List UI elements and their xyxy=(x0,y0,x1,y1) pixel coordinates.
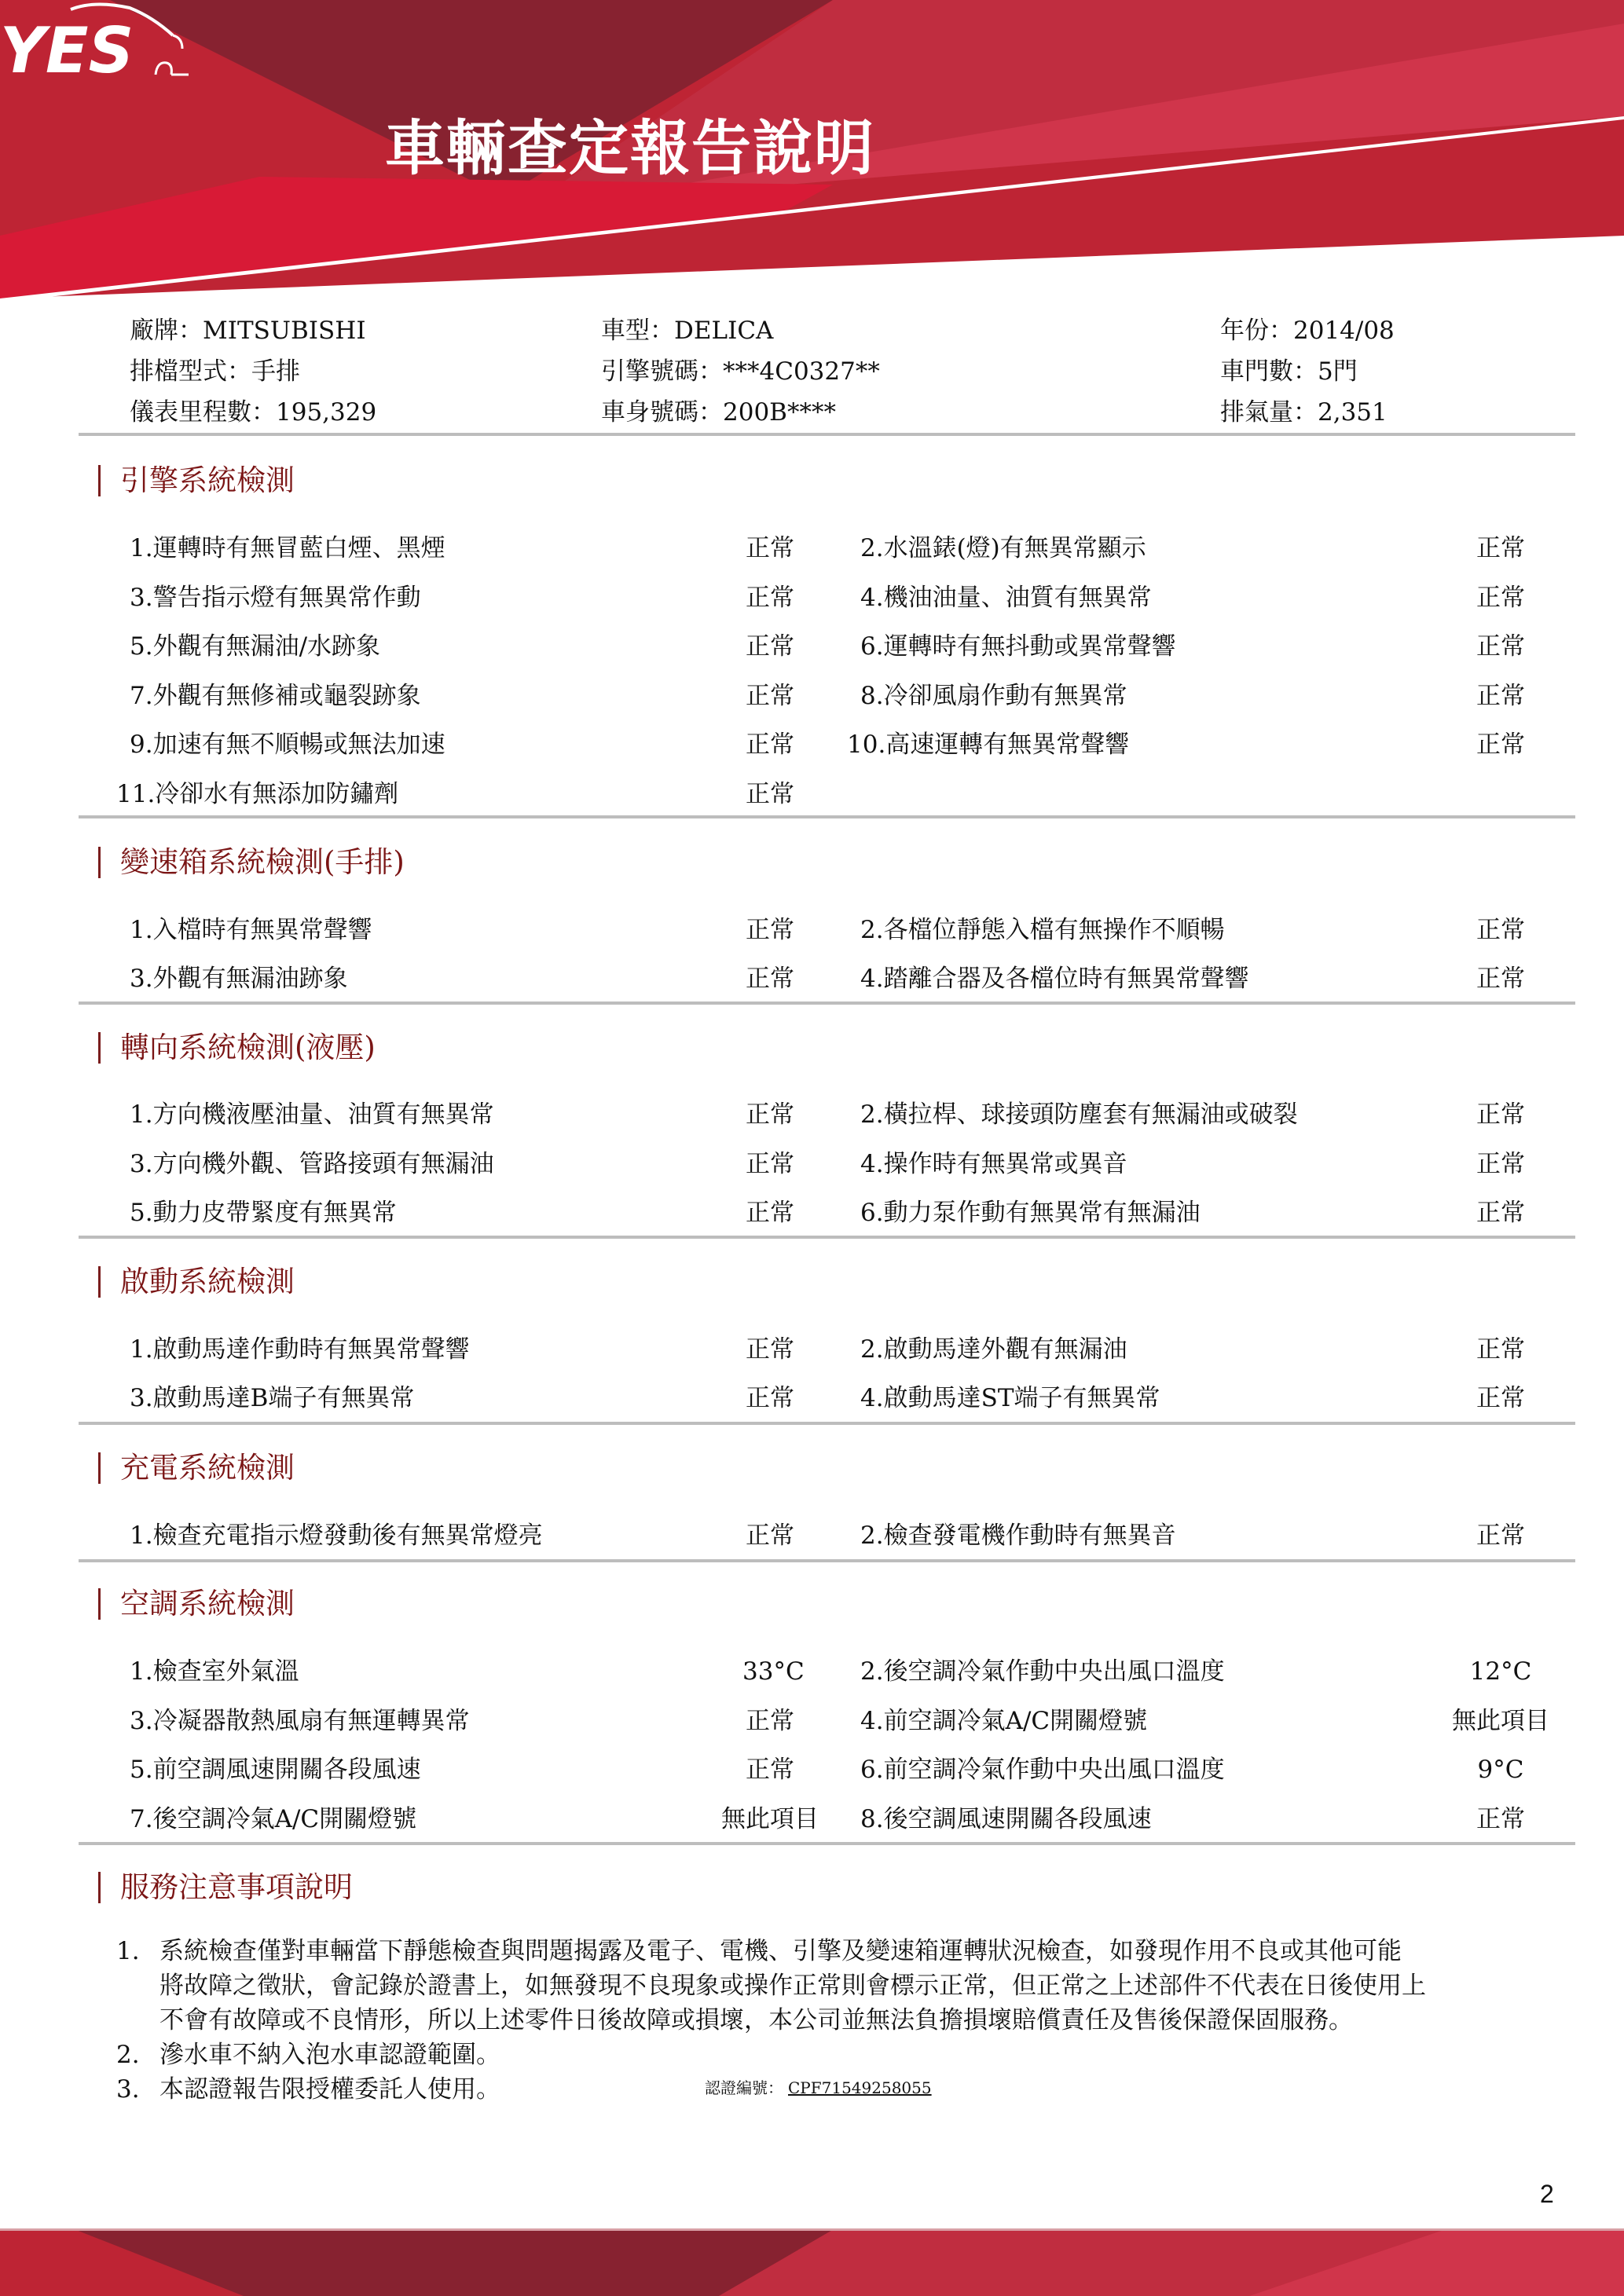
certificate-code: CPF71549258055 xyxy=(788,2078,932,2097)
check-label: 11.冷卻水有無添加防鏽劑 xyxy=(116,778,398,810)
note-number: 3. xyxy=(116,2072,140,2107)
check-label: 2.啟動馬達外觀有無漏油 xyxy=(860,1334,1127,1365)
check-result: 正常 xyxy=(1469,914,1532,946)
footer-band xyxy=(0,2228,1624,2296)
check-row: 1.方向機液壓油量、油質有無異常 正常 2.橫拉桿、球接頭防塵套有無漏油或破裂 … xyxy=(0,1099,1624,1130)
report-title: 車輛查定報告說明 xyxy=(385,101,875,186)
check-label: 1.運轉時有無冒藍白煙、黑煙 xyxy=(130,533,445,564)
check-label: 9.加速有無不順暢或無法加速 xyxy=(130,729,445,760)
note-line: 滲水車不納入泡水車認證範圍。 xyxy=(159,2038,1593,2072)
divider xyxy=(79,1559,1575,1562)
check-label: 2.橫拉桿、球接頭防塵套有無漏油或破裂 xyxy=(860,1099,1298,1130)
check-result: 正常 xyxy=(742,631,797,662)
model-field: 車型：DELICA xyxy=(601,310,773,346)
check-result: 正常 xyxy=(742,1148,797,1180)
divider xyxy=(79,1236,1575,1239)
check-row: 3.冷凝器散熱風扇有無運轉異常 正常 4.前空調冷氣A/C開關燈號 無此項目 xyxy=(0,1705,1624,1737)
note-line: 將故障之徵狀，會記錄於證書上，如無發現不良現象或操作正常則會標示正常，但正常之上… xyxy=(159,1968,1593,2003)
check-label: 5.外觀有無漏油/水跡象 xyxy=(130,631,380,662)
check-label: 1.啟動馬達作動時有無異常聲響 xyxy=(130,1334,470,1365)
mileage-field: 儀表里程數：195,329 xyxy=(130,392,376,427)
check-result: 33°C xyxy=(742,1656,797,1687)
check-row: 1.啟動馬達作動時有無異常聲響 正常 2.啟動馬達外觀有無漏油 正常 xyxy=(0,1334,1624,1365)
check-result: 正常 xyxy=(742,914,797,946)
check-result: 正常 xyxy=(742,1705,797,1737)
check-label: 2.後空調冷氣作動中央出風口溫度 xyxy=(860,1656,1225,1687)
check-row: 1.檢查室外氣溫 33°C 2.後空調冷氣作動中央出風口溫度 12°C xyxy=(0,1656,1624,1687)
check-label: 4.前空調冷氣A/C開關燈號 xyxy=(860,1705,1147,1737)
check-result: 正常 xyxy=(742,1197,797,1229)
divider xyxy=(79,1002,1575,1005)
year-field: 年份：2014/08 xyxy=(1220,310,1395,346)
displacement-field: 排氣量：2,351 xyxy=(1220,392,1388,427)
transmission-field: 排檔型式：手排 xyxy=(130,351,300,386)
brand-field: 廠牌：MITSUBISHI xyxy=(130,310,366,346)
yes-logo-icon: YES xyxy=(0,0,236,94)
check-label: 6.動力泵作動有無異常有無漏油 xyxy=(860,1197,1201,1229)
check-result: 正常 xyxy=(1469,1099,1532,1130)
check-result: 正常 xyxy=(742,778,797,810)
check-label: 2.各檔位靜態入檔有無操作不順暢 xyxy=(860,914,1225,946)
check-result: 正常 xyxy=(1469,729,1532,760)
note-line: 系統檢查僅對車輛當下靜態檢查與問題揭露及電子、電機、引擎及變速箱運轉狀況檢查，如… xyxy=(159,1934,1593,1968)
check-result: 正常 xyxy=(742,1099,797,1130)
check-label: 4.機油油量、油質有無異常 xyxy=(860,582,1152,613)
check-row: 3.方向機外觀、管路接頭有無漏油 正常 4.操作時有無異常或異音 正常 xyxy=(0,1148,1624,1180)
check-result: 正常 xyxy=(1469,1148,1532,1180)
note-number: 2. xyxy=(116,2038,140,2072)
check-result: 9°C xyxy=(1469,1754,1532,1785)
check-result: 12°C xyxy=(1469,1656,1532,1687)
check-result: 正常 xyxy=(742,729,797,760)
check-label: 1.入檔時有無異常聲響 xyxy=(130,914,372,946)
check-result: 無此項目 xyxy=(715,1803,825,1835)
check-label: 4.啟動馬達ST端子有無異常 xyxy=(860,1382,1160,1414)
svg-text:YES: YES xyxy=(0,14,134,87)
note-item: 1. 系統檢查僅對車輛當下靜態檢查與問題揭露及電子、電機、引擎及變速箱運轉狀況檢… xyxy=(116,1934,1593,2038)
check-label: 6.前空調冷氣作動中央出風口溫度 xyxy=(860,1754,1225,1785)
info-row: 儀表里程數：195,329 車身號碼：200B**** 排氣量：2,351 xyxy=(130,392,1575,433)
check-result: 正常 xyxy=(742,1334,797,1365)
check-result: 正常 xyxy=(1469,680,1532,712)
section-title-steering: 轉向系統檢測(液壓) xyxy=(98,1032,376,1064)
check-label: 3.外觀有無漏油跡象 xyxy=(130,963,348,994)
check-label: 4.踏離合器及各檔位時有無異常聲響 xyxy=(860,963,1249,994)
check-result: 正常 xyxy=(1469,533,1532,564)
check-row: 7.外觀有無修補或龜裂跡象 正常 8.冷卻風扇作動有無異常 正常 xyxy=(0,680,1624,712)
check-result: 正常 xyxy=(742,963,797,994)
certificate-label: 認證編號： xyxy=(705,2078,783,2097)
header-banner: YES 車輛查定報告說明 xyxy=(0,0,1624,298)
check-row: 3.外觀有無漏油跡象 正常 4.踏離合器及各檔位時有無異常聲響 正常 xyxy=(0,963,1624,994)
note-item: 2. 滲水車不納入泡水車認證範圍。 xyxy=(116,2038,1593,2072)
check-result: 正常 xyxy=(1469,1803,1532,1835)
info-row: 廠牌：MITSUBISHI 車型：DELICA 年份：2014/08 xyxy=(130,310,1575,351)
check-label: 8.後空調風速開關各段風速 xyxy=(860,1803,1152,1835)
check-row: 5.前空調風速開關各段風速 正常 6.前空調冷氣作動中央出風口溫度 9°C xyxy=(0,1754,1624,1785)
check-row: 1.運轉時有無冒藍白煙、黑煙 正常 2.水溫錶(燈)有無異常顯示 正常 xyxy=(0,533,1624,564)
section-title-notes: 服務注意事項說明 xyxy=(98,1872,353,1903)
check-label: 8.冷卻風扇作動有無異常 xyxy=(860,680,1127,712)
check-result: 正常 xyxy=(742,1382,797,1414)
divider xyxy=(79,1842,1575,1845)
check-label: 5.動力皮帶緊度有無異常 xyxy=(130,1197,397,1229)
check-row: 7.後空調冷氣A/C開關燈號 無此項目 8.後空調風速開關各段風速 正常 xyxy=(0,1803,1624,1835)
check-result: 正常 xyxy=(1469,1334,1532,1365)
check-label: 1.檢查充電指示燈發動後有無異常燈亮 xyxy=(130,1520,543,1551)
check-row: 5.外觀有無漏油/水跡象 正常 6.運轉時有無抖動或異常聲響 正常 xyxy=(0,631,1624,662)
check-label: 5.前空調風速開關各段風速 xyxy=(130,1754,421,1785)
check-result: 正常 xyxy=(742,1520,797,1551)
check-label: 3.警告指示燈有無異常作動 xyxy=(130,582,421,613)
section-title-engine: 引擎系統檢測 xyxy=(98,465,295,496)
check-label: 10.高速運轉有無異常聲響 xyxy=(847,729,1129,760)
divider xyxy=(79,1422,1575,1425)
divider xyxy=(79,433,1575,436)
check-result: 正常 xyxy=(742,680,797,712)
vehicle-info: 廠牌：MITSUBISHI 車型：DELICA 年份：2014/08 排檔型式：… xyxy=(130,310,1575,433)
section-title-charging: 充電系統檢測 xyxy=(98,1452,295,1484)
check-result: 正常 xyxy=(742,582,797,613)
doors-field: 車門數：5門 xyxy=(1220,351,1358,386)
check-label: 1.方向機液壓油量、油質有無異常 xyxy=(130,1099,494,1130)
check-label: 2.檢查發電機作動時有無異音 xyxy=(860,1520,1176,1551)
check-row: 1.入檔時有無異常聲響 正常 2.各檔位靜態入檔有無操作不順暢 正常 xyxy=(0,914,1624,946)
note-line: 不會有故障或不良情形，所以上述零件日後故障或損壞，本公司並無法負擔損壞賠償責任及… xyxy=(159,2003,1593,2038)
check-label: 1.檢查室外氣溫 xyxy=(130,1656,299,1687)
check-row: 9.加速有無不順暢或無法加速 正常 10.高速運轉有無異常聲響 正常 xyxy=(0,729,1624,760)
check-row: 11.冷卻水有無添加防鏽劑 正常 xyxy=(0,778,1624,810)
engine-number-field: 引擎號碼：***4C0327** xyxy=(601,351,880,386)
divider xyxy=(79,815,1575,818)
check-row: 3.警告指示燈有無異常作動 正常 4.機油油量、油質有無異常 正常 xyxy=(0,582,1624,613)
check-result: 正常 xyxy=(1469,1520,1532,1551)
check-label: 4.操作時有無異常或異音 xyxy=(860,1148,1127,1180)
check-row: 1.檢查充電指示燈發動後有無異常燈亮 正常 2.檢查發電機作動時有無異音 正常 xyxy=(0,1520,1624,1551)
check-result: 正常 xyxy=(1469,963,1532,994)
check-label: 7.外觀有無修補或龜裂跡象 xyxy=(130,680,421,712)
check-row: 5.動力皮帶緊度有無異常 正常 6.動力泵作動有無異常有無漏油 正常 xyxy=(0,1197,1624,1229)
check-result: 正常 xyxy=(742,1754,797,1785)
check-result: 正常 xyxy=(1469,1382,1532,1414)
check-result: 無此項目 xyxy=(1446,1705,1556,1737)
check-result: 正常 xyxy=(1469,631,1532,662)
check-label: 2.水溫錶(燈)有無異常顯示 xyxy=(860,533,1146,564)
check-label: 3.冷凝器散熱風扇有無運轉異常 xyxy=(130,1705,470,1737)
certificate-number: 認證編號：CPF71549258055 xyxy=(705,2075,932,2098)
vin-field: 車身號碼：200B**** xyxy=(601,392,836,427)
check-row: 3.啟動馬達B端子有無異常 正常 4.啟動馬達ST端子有無異常 正常 xyxy=(0,1382,1624,1414)
page-number: 2 xyxy=(1540,2180,1554,2209)
note-number: 1. xyxy=(116,1934,140,1968)
check-label: 3.方向機外觀、管路接頭有無漏油 xyxy=(130,1148,494,1180)
check-label: 7.後空調冷氣A/C開關燈號 xyxy=(130,1803,416,1835)
section-title-aircon: 空調系統檢測 xyxy=(98,1588,295,1620)
check-label: 3.啟動馬達B端子有無異常 xyxy=(130,1382,414,1414)
check-result: 正常 xyxy=(742,533,797,564)
section-title-starter: 啟動系統檢測 xyxy=(98,1266,295,1298)
check-result: 正常 xyxy=(1469,582,1532,613)
check-result: 正常 xyxy=(1469,1197,1532,1229)
check-label: 6.運轉時有無抖動或異常聲響 xyxy=(860,631,1176,662)
info-row: 排檔型式：手排 引擎號碼：***4C0327** 車門數：5門 xyxy=(130,351,1575,392)
section-title-transmission: 變速箱系統檢測(手排) xyxy=(98,847,405,878)
